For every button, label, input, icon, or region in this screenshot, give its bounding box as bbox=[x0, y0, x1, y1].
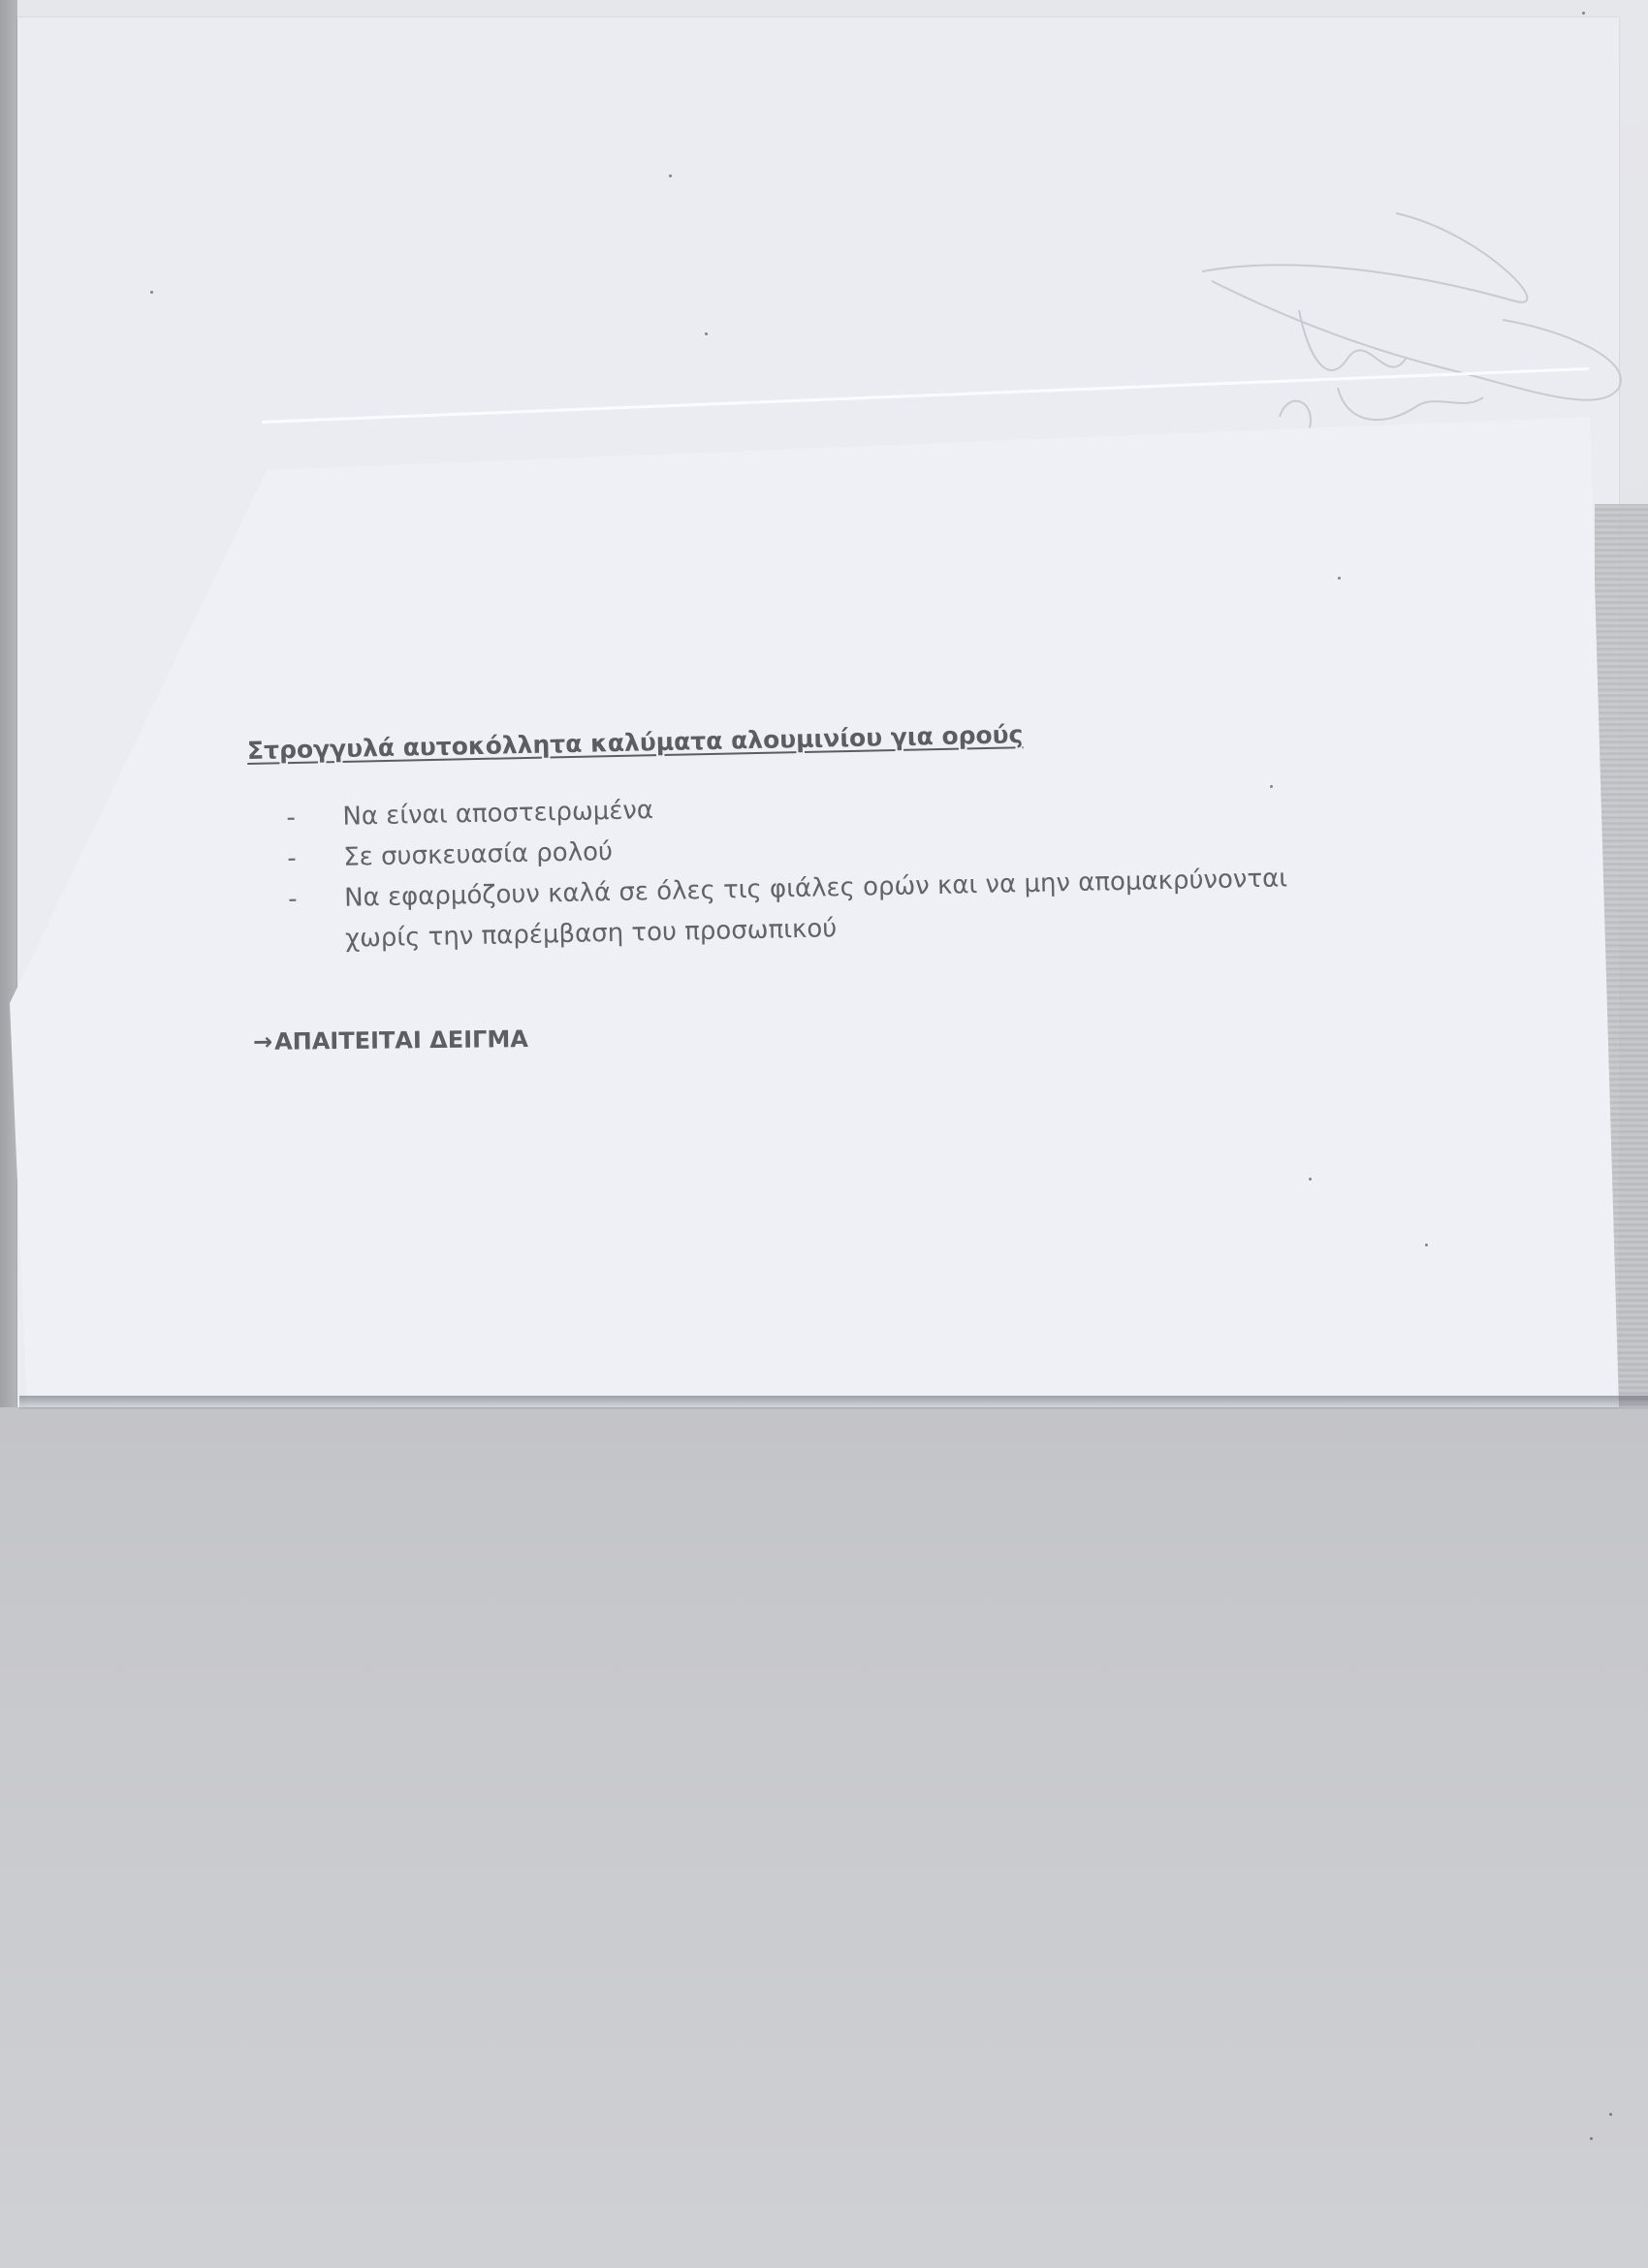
scan-speck bbox=[1270, 785, 1273, 788]
sample-required-text: ΑΠΑΙΤΕΙΤΑΙ ΔΕΙΓΜΑ bbox=[274, 1025, 528, 1055]
scan-speck bbox=[1338, 577, 1341, 580]
scan-speck bbox=[150, 291, 153, 294]
scan-speck bbox=[1609, 2113, 1612, 2116]
arrow-right-icon: → bbox=[253, 1028, 272, 1055]
bullet-dash: - bbox=[287, 838, 297, 879]
requirements-list: - Να είναι αποστειρωμένα - Σε συσκευασία… bbox=[286, 774, 1413, 961]
scan-speck bbox=[1309, 1178, 1312, 1181]
scan-speck bbox=[1582, 12, 1585, 15]
requirement-text: Να είναι αποστειρωμένα bbox=[342, 796, 653, 832]
scan-speck bbox=[1425, 1244, 1428, 1246]
scanner-lid-area bbox=[0, 1407, 1648, 2268]
requirement-text: Σε συσκευασία ρολού bbox=[343, 837, 613, 872]
scan-left-border bbox=[0, 0, 17, 1407]
bullet-dash: - bbox=[286, 798, 296, 838]
scan-speck bbox=[705, 332, 708, 335]
document-body: Στρογγυλά αυτοκόλλητα καλύματα αλουμινίο… bbox=[247, 737, 1410, 1055]
bullet-dash: - bbox=[288, 879, 298, 920]
sample-required-note: →ΑΠΑΙΤΕΙΤΑΙ ΔΕΙΓΜΑ bbox=[253, 1016, 1410, 1055]
faint-signature-icon bbox=[1192, 194, 1629, 446]
sheet-bottom-shadow bbox=[19, 1396, 1648, 1409]
scan-speck bbox=[669, 174, 672, 177]
scan-speck bbox=[1590, 2137, 1593, 2140]
